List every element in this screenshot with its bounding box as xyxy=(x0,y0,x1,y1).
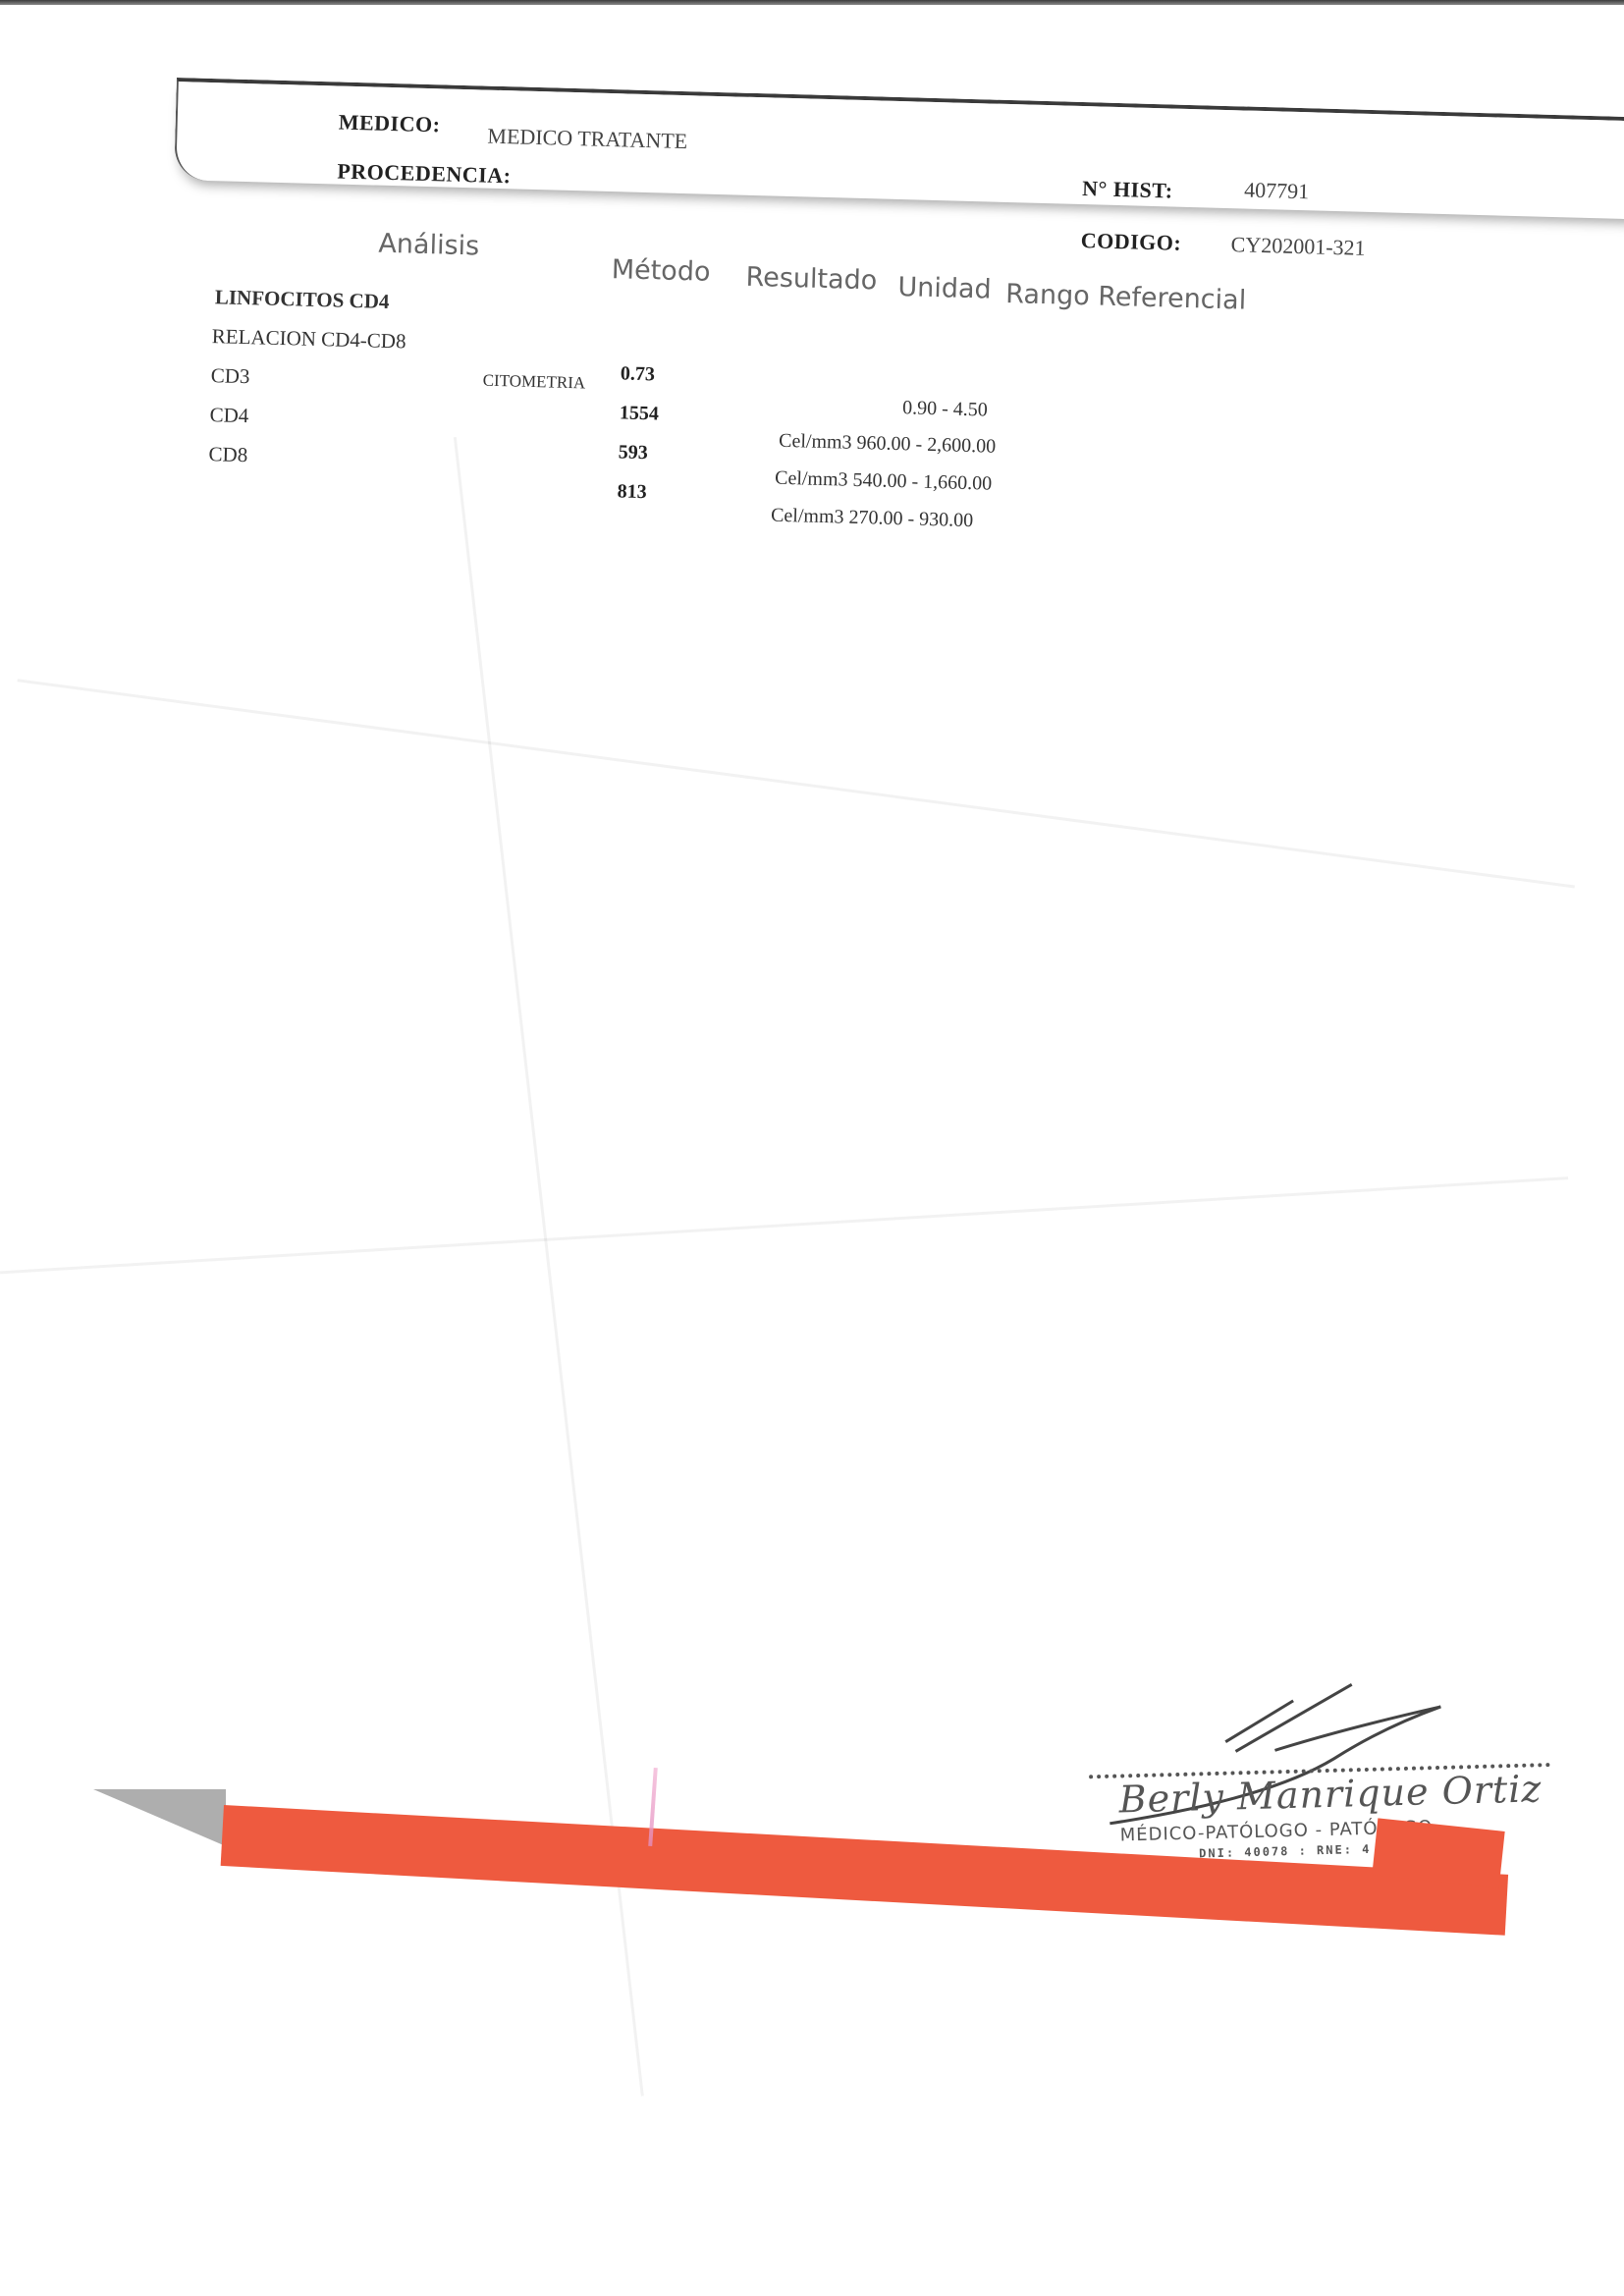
medico-label: MEDICO: xyxy=(338,110,440,138)
unit-value: Cel/mm3 xyxy=(779,430,852,454)
range-row: Cel/mm3 270.00 - 930.00 xyxy=(771,505,974,533)
codigo-label: CODIGO: xyxy=(1080,228,1181,256)
result-value: 1554 xyxy=(620,402,660,425)
range-value: 0.90 - 4.50 xyxy=(902,397,988,420)
column-header-resultado: Resultado xyxy=(745,262,877,297)
codigo-value: CY202001-321 xyxy=(1230,232,1366,261)
range-value: 960.00 - 2,600.00 xyxy=(856,432,996,458)
hist-label: N° HIST: xyxy=(1082,176,1173,203)
range-row: Cel/mm3 960.00 - 2,600.00 xyxy=(779,430,997,459)
paper-crease xyxy=(0,1176,1568,1274)
unit-value: Cel/mm3 xyxy=(775,467,848,491)
column-header-metodo: Método xyxy=(611,254,710,288)
range-row: 0.90 - 4.50 xyxy=(843,396,988,422)
column-header-analisis: Análisis xyxy=(378,229,480,262)
section-title: LINFOCITOS CD4 xyxy=(215,285,390,314)
analysis-name: CD4 xyxy=(209,403,248,428)
column-header-rango: Rango Referencial xyxy=(1005,279,1247,316)
procedencia-label: PROCEDENCIA: xyxy=(337,159,512,190)
result-value: 593 xyxy=(618,441,648,465)
result-value: 813 xyxy=(617,480,647,504)
paper-crease xyxy=(17,679,1575,888)
analysis-name: CD8 xyxy=(208,442,247,467)
analysis-name: CD3 xyxy=(210,363,249,389)
range-row: Cel/mm3 540.00 - 1,660.00 xyxy=(775,467,993,496)
method-value: CITOMETRIA xyxy=(482,371,585,394)
unit-value: Cel/mm3 xyxy=(771,505,844,528)
unit-value xyxy=(843,396,844,417)
range-value: 540.00 - 1,660.00 xyxy=(852,469,992,495)
analysis-name: RELACION CD4-CD8 xyxy=(211,324,406,354)
hist-value: 407791 xyxy=(1244,178,1310,205)
column-header-unidad: Unidad xyxy=(897,272,992,305)
medico-value: MEDICO TRATANTE xyxy=(487,124,687,155)
result-value: 0.73 xyxy=(621,362,656,386)
range-value: 270.00 - 930.00 xyxy=(848,507,973,531)
header-band xyxy=(174,78,1624,220)
signature-registry: DNI: 40078 : RNE: 4 xyxy=(1199,1842,1372,1861)
folded-corner xyxy=(93,1789,226,1846)
scan-edge xyxy=(0,0,1624,5)
